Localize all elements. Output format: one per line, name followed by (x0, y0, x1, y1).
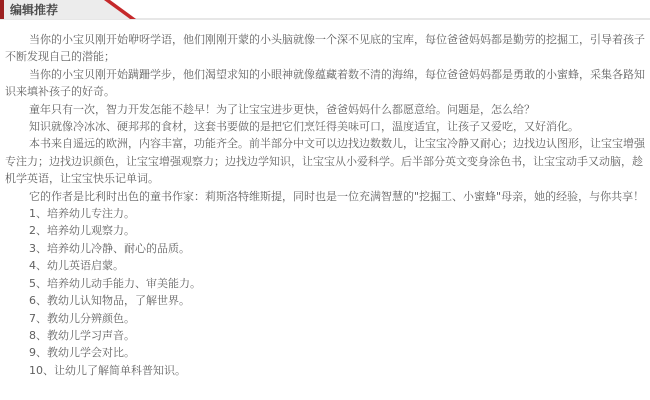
section-title: 编辑推荐 (10, 3, 58, 17)
list-item: 10、让幼儿了解简单科普知识。 (5, 362, 645, 379)
recommendation-paragraph: 本书来自遥远的欧洲，内容丰富，功能齐全。前半部分中文可以边找边数数儿，让宝宝冷静… (5, 135, 645, 187)
editor-recommendation-section: 编辑推荐 当你的小宝贝刚开始咿呀学语，他们刚刚开蒙的小头脑就像一个深不见底的宝库… (0, 0, 650, 400)
list-item: 7、教幼儿分辨颜色。 (5, 310, 645, 327)
list-item: 4、幼儿英语启蒙。 (5, 257, 645, 274)
recommendation-paragraph: 它的作者是比利时出色的童书作家：莉斯洛特维斯提，同时也是一位充满智慧的"挖掘工、… (5, 188, 645, 205)
recommendation-content: 当你的小宝贝刚开始咿呀学语，他们刚刚开蒙的小头脑就像一个深不见底的宝库，每位爸爸… (0, 20, 650, 379)
list-item: 6、教幼儿认知物品，了解世界。 (5, 292, 645, 309)
recommendation-paragraph: 当你的小宝贝刚开始咿呀学语，他们刚刚开蒙的小头脑就像一个深不见底的宝库，每位爸爸… (5, 31, 645, 66)
recommendation-paragraph: 当你的小宝贝刚开始蹒跚学步，他们渴望求知的小眼神就像蕴藏着数不清的海绵，每位爸爸… (5, 66, 645, 101)
recommendation-paragraph: 知识就像冷冰冰、硬邦邦的食材，这套书要做的是把它们烹饪得美味可口，温度适宜，让孩… (5, 118, 645, 135)
list-item: 5、培养幼儿动手能力、审美能力。 (5, 275, 645, 292)
tab-accent-bar (0, 0, 4, 19)
list-item: 2、培养幼儿观察力。 (5, 222, 645, 239)
section-header: 编辑推荐 (0, 0, 650, 20)
list-item: 3、培养幼儿冷静、耐心的品质。 (5, 240, 645, 257)
list-item: 9、教幼儿学会对比。 (5, 344, 645, 361)
list-item: 1、培养幼儿专注力。 (5, 205, 645, 222)
recommendation-paragraph: 童年只有一次，智力开发怎能不趁早！为了让宝宝进步更快，爸爸妈妈什么都愿意给。问题… (5, 101, 645, 118)
list-item: 8、教幼儿学习声音。 (5, 327, 645, 344)
